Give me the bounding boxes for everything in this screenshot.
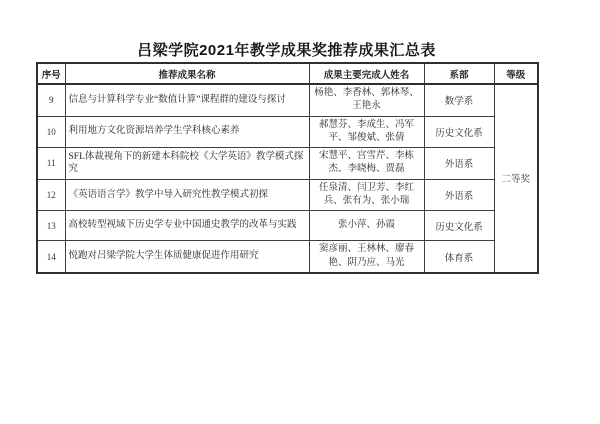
cell-department: 外语系	[424, 179, 494, 211]
header-grade: 等级	[494, 63, 538, 84]
cell-serial: 9	[37, 84, 65, 116]
cell-achievement-name: 高校转型视域下历史学专业中国通史教学的改革与实践	[65, 211, 309, 241]
table-header: 序号 推荐成果名称 成果主要完成人姓名 系部 等级	[37, 63, 538, 84]
table-body: 9 信息与计算科学专业“数值计算”课程群的建设与探讨 杨艳、李香林、郭林琴、王艳…	[37, 84, 538, 273]
cell-grade-merged: 二等奖	[494, 84, 538, 273]
page-title: 吕梁学院2021年教学成果奖推荐成果汇总表	[36, 39, 537, 60]
cell-serial: 12	[37, 179, 65, 211]
header-row: 序号 推荐成果名称 成果主要完成人姓名 系部 等级	[37, 63, 538, 84]
cell-serial: 11	[37, 148, 65, 180]
header-achievement-name: 推荐成果名称	[65, 63, 309, 84]
cell-achievement-name: SFL体裁视角下的新建本科院校《大学英语》教学模式探究	[65, 148, 309, 180]
table-row: 13 高校转型视域下历史学专业中国通史教学的改革与实践 张小萍、孙霞 历史文化系	[37, 211, 538, 241]
summary-table: 序号 推荐成果名称 成果主要完成人姓名 系部 等级 9 信息与计算科学专业“数值…	[36, 62, 539, 274]
cell-serial: 10	[37, 116, 65, 148]
cell-department: 历史文化系	[424, 116, 494, 148]
table-row: 14 悦跑对吕梁学院大学生体质健康促进作用研究 窦彦丽、王林林、廖春艳、阴乃应、…	[37, 241, 538, 273]
cell-authors: 任泉清、闫卫芳、李红兵、张有为、张小瑞	[309, 179, 424, 211]
header-department: 系部	[424, 63, 494, 84]
cell-authors: 杨艳、李香林、郭林琴、王艳永	[309, 84, 424, 116]
cell-achievement-name: 悦跑对吕梁学院大学生体质健康促进作用研究	[65, 241, 309, 273]
cell-serial: 14	[37, 241, 65, 273]
header-authors: 成果主要完成人姓名	[309, 63, 424, 84]
cell-authors: 宋慧平、宫雪芹、李栋杰、李晓梅、贾磊	[309, 148, 424, 180]
cell-authors: 张小萍、孙霞	[309, 211, 424, 241]
cell-department: 外语系	[424, 148, 494, 180]
cell-achievement-name: 《英语语言学》教学中导入研究性教学模式初探	[65, 179, 309, 211]
cell-department: 数学系	[424, 84, 494, 116]
cell-serial: 13	[37, 211, 65, 241]
cell-authors: 郝慧芬、李成生、冯军平、邹俊斌、张倩	[309, 116, 424, 148]
cell-department: 历史文化系	[424, 211, 494, 241]
document-page: 吕梁学院2021年教学成果奖推荐成果汇总表 序号 推荐成果名称 成果主要完成人姓…	[0, 0, 600, 424]
table-row: 11 SFL体裁视角下的新建本科院校《大学英语》教学模式探究 宋慧平、宫雪芹、李…	[37, 148, 538, 180]
table-row: 10 利用地方文化资源培养学生学科核心素养 郝慧芬、李成生、冯军平、邹俊斌、张倩…	[37, 116, 538, 148]
table-row: 12 《英语语言学》教学中导入研究性教学模式初探 任泉清、闫卫芳、李红兵、张有为…	[37, 179, 538, 211]
cell-department: 体育系	[424, 241, 494, 273]
table-row: 9 信息与计算科学专业“数值计算”课程群的建设与探讨 杨艳、李香林、郭林琴、王艳…	[37, 84, 538, 116]
cell-achievement-name: 信息与计算科学专业“数值计算”课程群的建设与探讨	[65, 84, 309, 116]
cell-achievement-name: 利用地方文化资源培养学生学科核心素养	[65, 116, 309, 148]
cell-authors: 窦彦丽、王林林、廖春艳、阴乃应、马光	[309, 241, 424, 273]
header-serial: 序号	[37, 63, 65, 84]
